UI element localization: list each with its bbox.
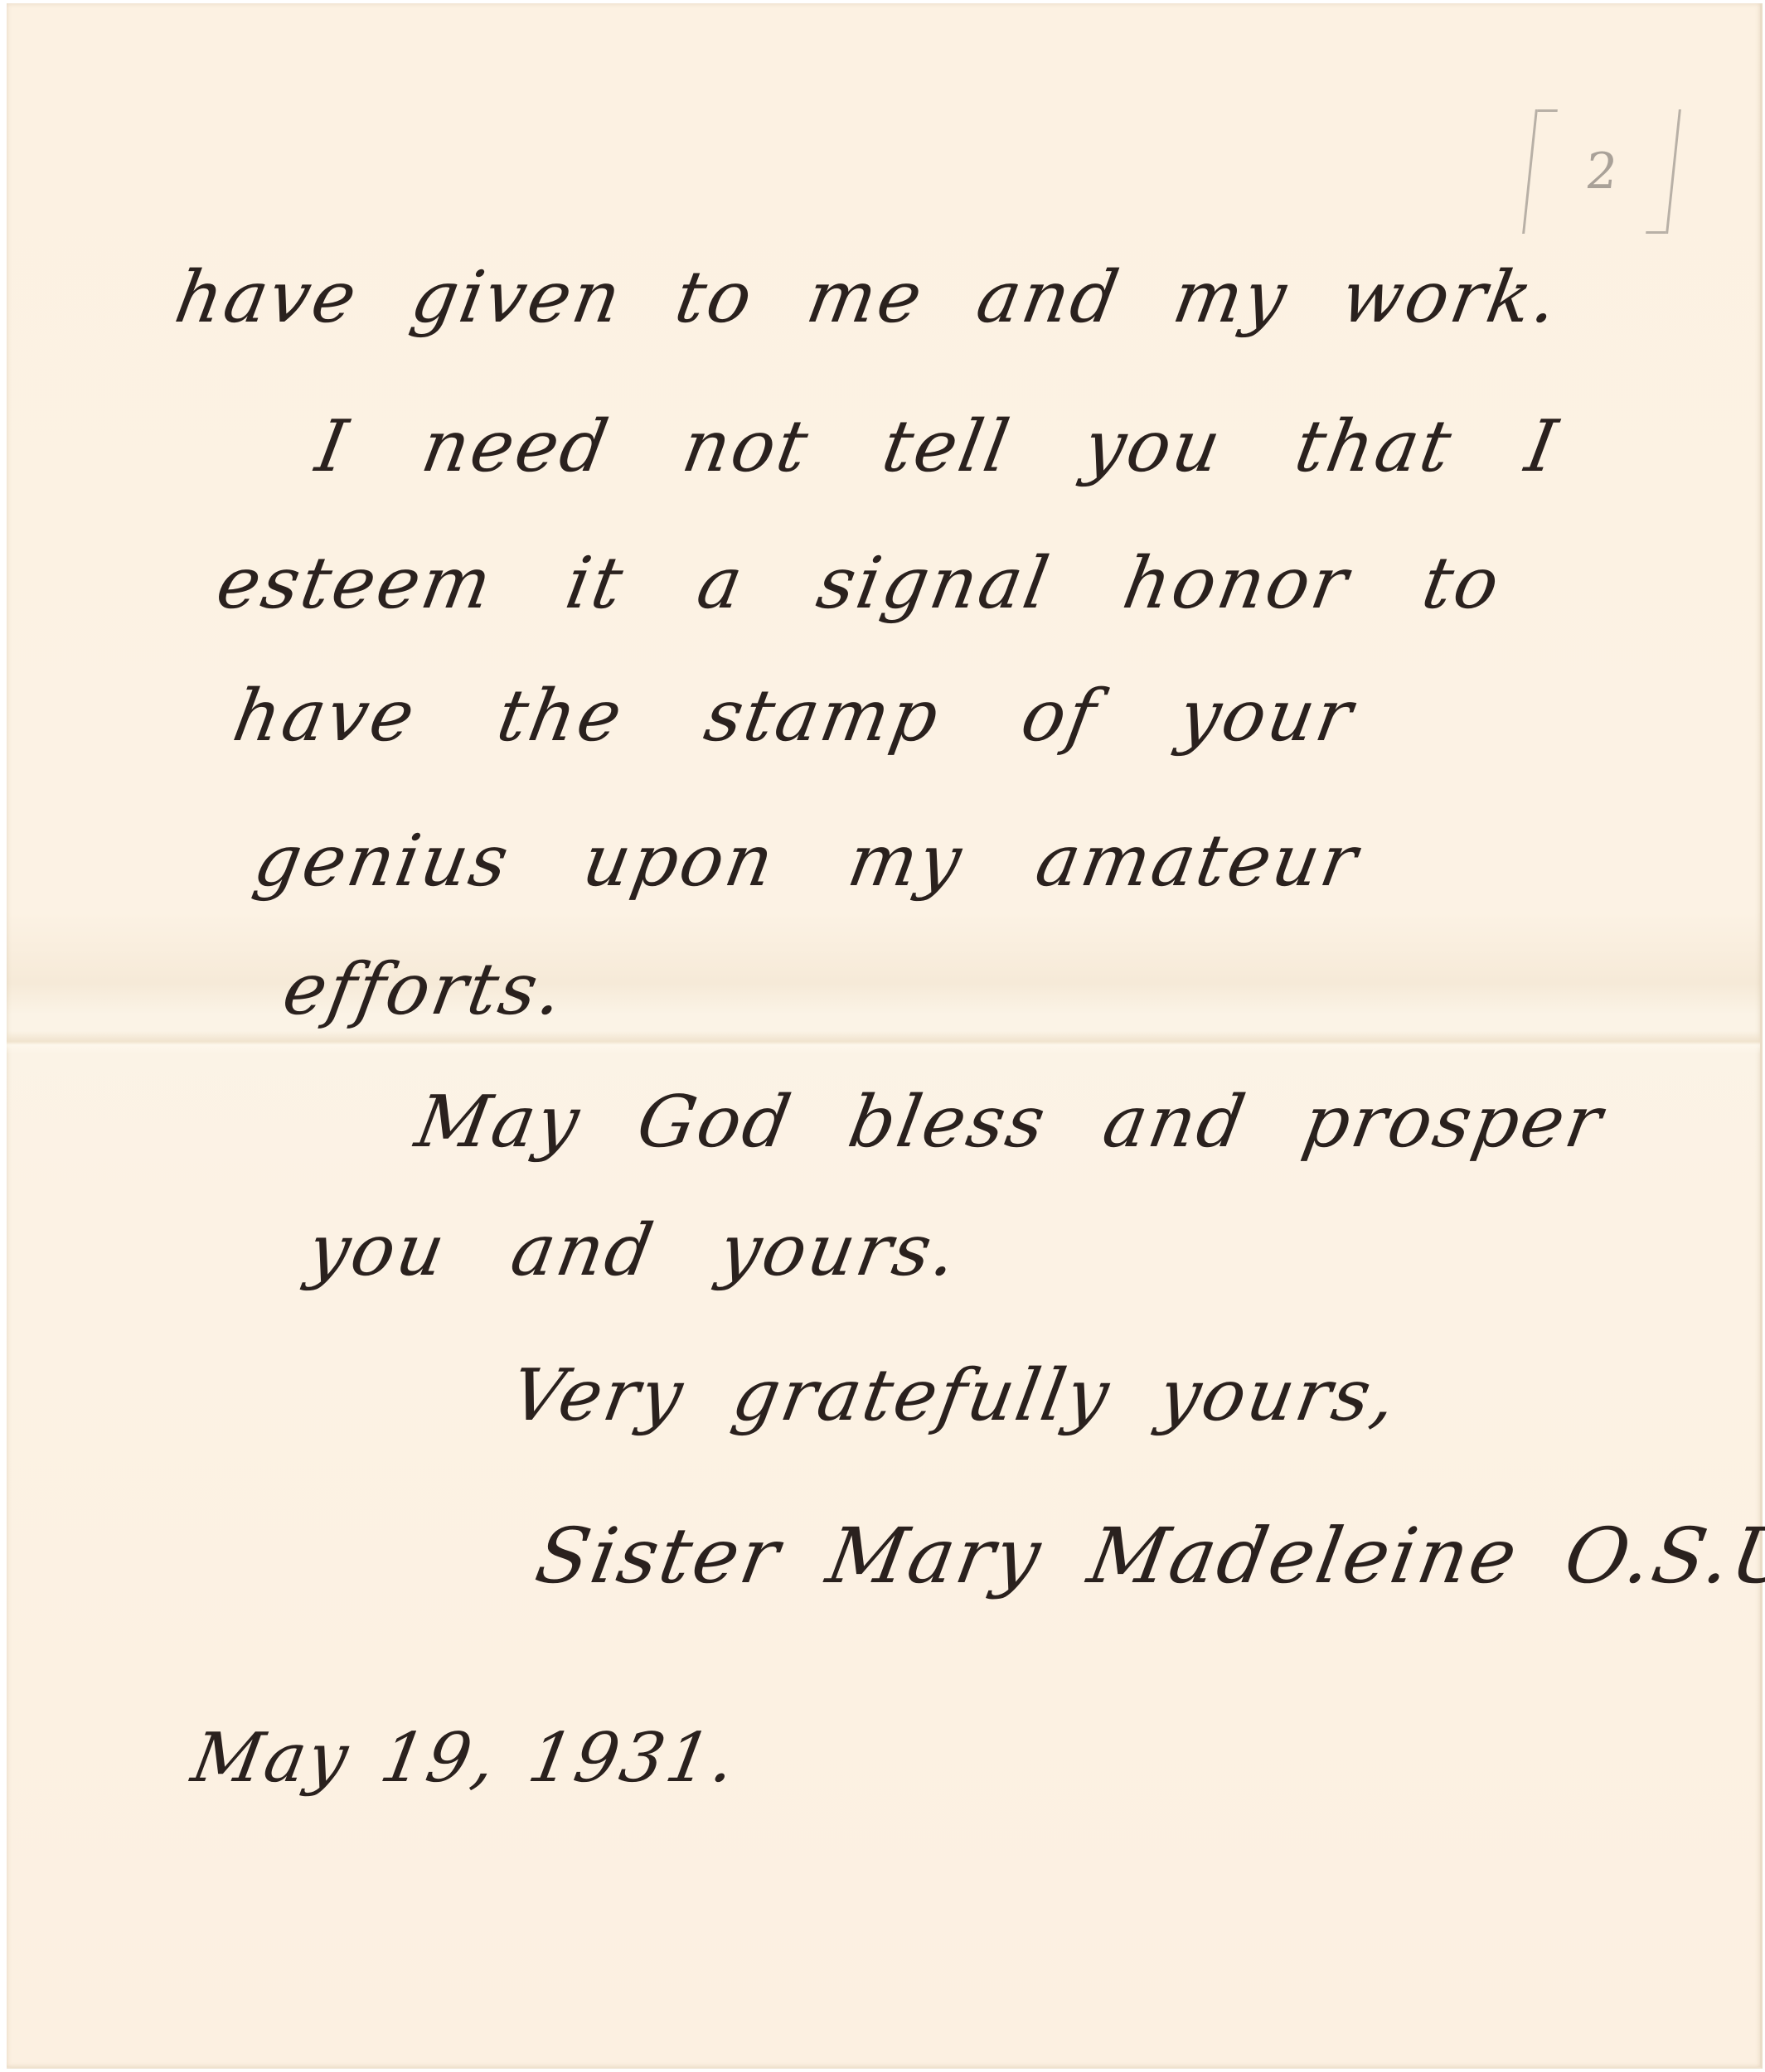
- letter-line-6: efforts.: [277, 948, 571, 1031]
- letter-page: 2 have given to me and my work. I need n…: [7, 3, 1763, 2069]
- letter-line-1: have given to me and my work.: [169, 256, 1566, 339]
- paper-fold-crease: [7, 1031, 1760, 1054]
- letter-closing: Very gratefully yours,: [505, 1354, 1404, 1437]
- letter-signature: Sister Mary Madeleine O.S.U.: [530, 1512, 1765, 1600]
- page-number-bracket: 2: [1522, 109, 1681, 234]
- letter-line-3: esteem it a signal honor to: [211, 542, 1507, 625]
- letter-line-7: May God bless and prosper: [410, 1081, 1610, 1164]
- letter-line-4: have the stamp of your: [227, 675, 1360, 758]
- letter-line-5: genius upon my amateur: [248, 820, 1365, 903]
- page-number: 2: [1583, 143, 1621, 201]
- letter-line-2: I need not tell you that I: [310, 405, 1565, 488]
- letter-line-8: you and yours.: [302, 1209, 965, 1292]
- letter-date: May 19, 1931.: [187, 1719, 744, 1798]
